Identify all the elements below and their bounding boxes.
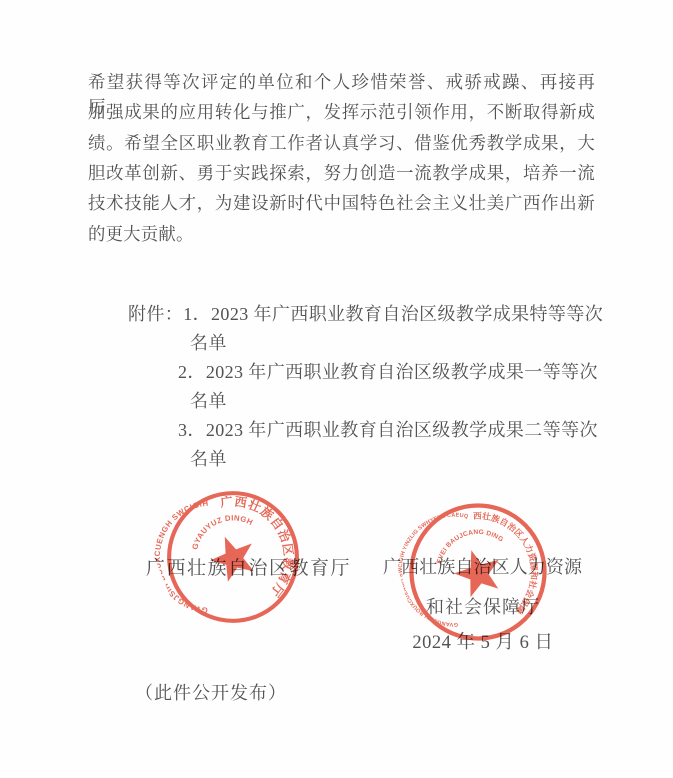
right-signature-org-line2: 和社会保障厅 bbox=[383, 593, 583, 619]
body-line: 技术技能人才，为建设新时代中国特色社会主义壮美广西作出新 bbox=[88, 191, 595, 216]
attachment-item-3: 3．2023 年广西职业教育自治区级教学成果二等等次 bbox=[178, 416, 598, 442]
attachment-item-3-cont: 名单 bbox=[190, 445, 227, 471]
attachment-item-2-cont: 名单 bbox=[190, 387, 227, 413]
seal-latin-inner-text: GYAUYUZ DINGH bbox=[183, 504, 258, 553]
attachment-item-text: 2023 年广西职业教育自治区级教学成果特等等次 bbox=[211, 304, 603, 324]
attachment-item-1-cont: 名单 bbox=[190, 329, 227, 355]
body-line: 的更大贡献。 bbox=[88, 222, 595, 247]
body-line: 胆改革创新、勇于实践探索，努力创造一流教学成果，培养一流 bbox=[88, 161, 595, 186]
right-signature-block: 广西壮族自治区人力资源 和社会保障厅 2024 年 5 月 6 日 bbox=[383, 553, 583, 654]
right-signature-org-line1: 广西壮族自治区人力资源 bbox=[383, 553, 583, 579]
signature-date: 2024 年 5 月 6 日 bbox=[383, 628, 583, 654]
public-release-note: （此件公开发布） bbox=[135, 679, 287, 705]
left-signature-org: 广西壮族自治区教育厅 bbox=[146, 553, 351, 580]
attachment-item-1: 附件：1．2023 年广西职业教育自治区级教学成果特等等次 bbox=[128, 300, 603, 326]
attachment-item-text: 2023 年广西职业教育自治区级教学成果一等等次 bbox=[206, 362, 598, 382]
attachment-label: 附件： bbox=[128, 304, 183, 324]
seal-chinese-text: 广西壮族自治区教育厅 bbox=[216, 475, 313, 608]
attachment-item-text: 2023 年广西职业教育自治区级教学成果二等等次 bbox=[206, 420, 598, 440]
svg-text:广西壮族自治区教育厅: 广西壮族自治区教育厅 bbox=[216, 475, 313, 608]
body-line: 加强成果的应用转化与推广，发挥示范引领作用，不断取得新成 bbox=[88, 100, 595, 125]
attachment-item-2: 2．2023 年广西职业教育自治区级教学成果一等等次 bbox=[178, 358, 598, 384]
document-page: 希望获得等次评定的单位和个人珍惜荣誉、戒骄戒躁、再接再厉， 加强成果的应用转化与… bbox=[0, 0, 673, 778]
attachment-item-number: 1． bbox=[183, 304, 211, 324]
svg-text:GYAUYUZ DINGH: GYAUYUZ DINGH bbox=[183, 504, 258, 553]
body-line: 绩。希望全区职业教育工作者认真学习、借鉴优秀教学成果，大 bbox=[88, 131, 595, 156]
attachment-item-number: 2． bbox=[178, 362, 206, 382]
attachment-item-number: 3． bbox=[178, 420, 206, 440]
